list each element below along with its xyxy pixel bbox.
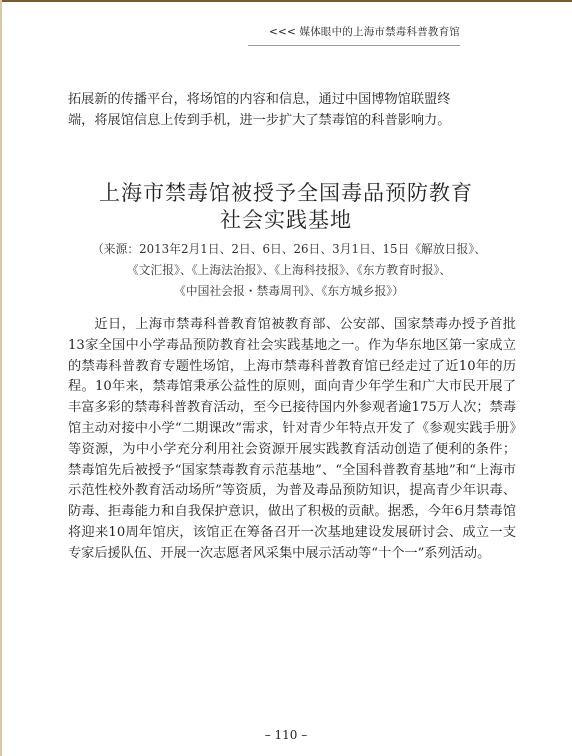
text-line: 拓展新的传播平台，将场馆的内容和信息，通过中国博物馆联盟终 [68,89,516,110]
article-source: （来源：2013年2月1日、2日、6日、26日、3月1日、15日《解放日报》、 … [66,239,512,302]
article-body: 近日，上海市禁毒科普教育馆被教育部、公安部、国家禁毒办授予首批13家全国中小学毒… [68,315,516,565]
text-line: 端，将展馆信息上传到手机，进一步扩大了禁毒馆的科普影响力。 [68,110,516,131]
source-line: 《文汇报》、《上海法治报》、《上海科技报》、《东方教育时报》、 [66,260,512,281]
body-text: 近日，上海市禁毒科普教育馆被教育部、公安部、国家禁毒办 [94,317,462,332]
page-number: – 110 – [256,728,316,742]
body-text: ，为中小学充分利用社会资源开展实践教育活动创造了便利的条件 [109,442,503,457]
body-text: 展一次志愿者风采集中展示活动等“十个一”系列活动。 [174,546,491,561]
source-line: 《中国社会报・禁毒周刊》、《东方城乡报》） [66,281,512,302]
left-decorative-bar [0,0,2,756]
title-line: 上海市禁毒馆被授予全国毒品预防教育 [60,180,512,207]
running-header: <<< 媒体眼中的上海市禁毒科普教育馆 [248,24,460,46]
source-line: （来源：2013年2月1日、2日、6日、26日、3月1日、15日《解放日报》、 [66,239,512,260]
title-line: 社会实践基地 [60,207,512,234]
top-decorative-bar [0,0,572,2]
article-title: 上海市禁毒馆被授予全国毒品预防教育 社会实践基地 [60,180,512,234]
intro-paragraph: 拓展新的传播平台，将场馆的内容和信息，通过中国博物馆联盟终 端，将展馆信息上传到… [68,89,516,131]
